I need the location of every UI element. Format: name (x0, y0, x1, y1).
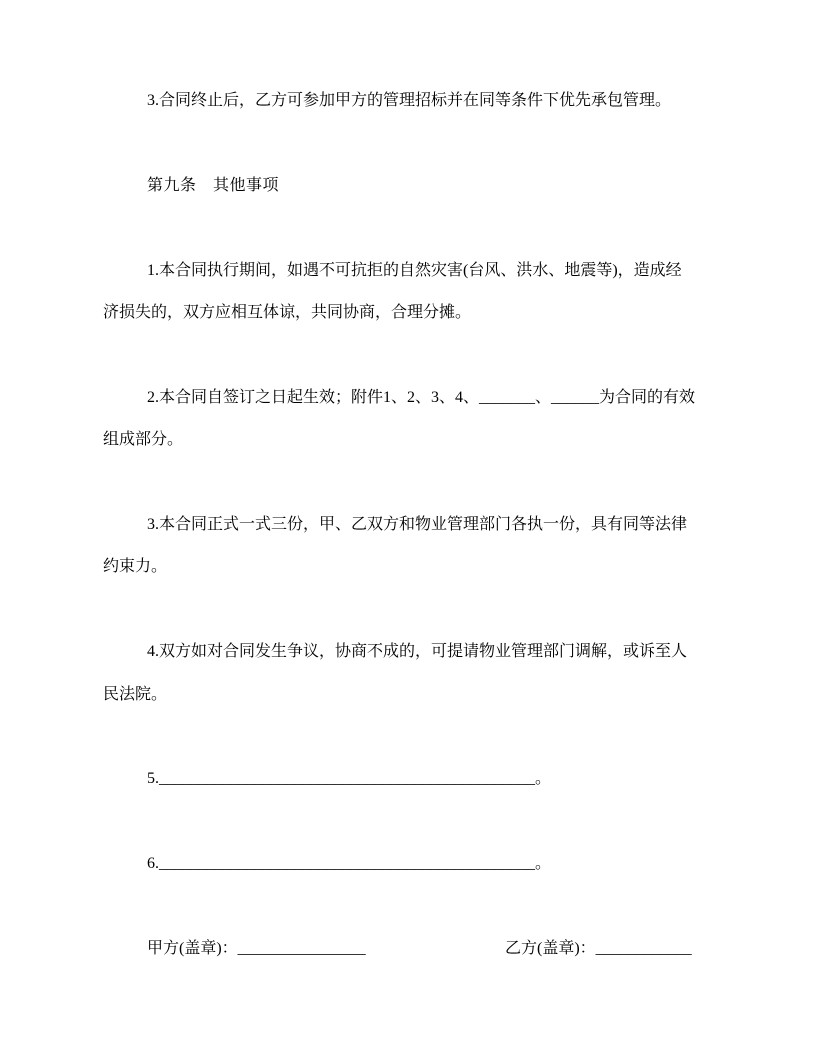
clause-3-triplicate-copies: 3.本合同正式一式三份，甲、乙双方和物业管理部门各执一份，具有同等法律 约束力。 (103, 504, 726, 589)
clause-line: 民法院。 (103, 674, 726, 716)
clause-line: 3.本合同正式一式三份，甲、乙双方和物业管理部门各执一份，具有同等法律 (103, 504, 726, 546)
party-b-seal-label: 乙方(盖章)： (505, 940, 596, 957)
article-9-heading: 第九条 其他事项 (103, 165, 726, 207)
clause-1-force-majeure: 1.本合同执行期间，如遇不可抗拒的自然灾害(台风、洪水、地震等)，造成经 济损失… (103, 250, 726, 335)
clause-2-effective-date-attachments: 2.本合同自签订之日起生效；附件1、2、3、4、_______、______为合… (103, 377, 726, 462)
clause-line: 组成部分。 (103, 419, 726, 461)
clause-line: 1.本合同执行期间，如遇不可抗拒的自然灾害(台风、洪水、地震等)，造成经 (103, 250, 726, 292)
fill-in-blank-line: 5.______________________________________… (103, 758, 726, 800)
fill-in-blank-line: 6.______________________________________… (103, 843, 726, 885)
clause-line: 4.双方如对合同发生争议，协商不成的，可提请物业管理部门调解，或诉至人 (103, 631, 726, 673)
party-a-seal-label: 甲方(盖章)： (147, 940, 238, 957)
clause-line: 济损失的，双方应相互体谅，共同协商，合理分摊。 (103, 292, 726, 334)
party-a-signature-block: 甲方(盖章)：________________ (147, 940, 366, 957)
heading-line: 第九条 其他事项 (103, 165, 726, 207)
clause-line: 3.合同终止后，乙方可参加甲方的管理招标并在同等条件下优先承包管理。 (103, 80, 726, 122)
party-b-signature-block: 乙方(盖章)：____________ (505, 928, 692, 970)
clause-5-blank-line: 5.______________________________________… (103, 758, 726, 800)
clause-6-blank-line: 6.______________________________________… (103, 843, 726, 885)
clause-4-dispute-resolution: 4.双方如对合同发生争议，协商不成的，可提请物业管理部门调解，或诉至人 民法院。 (103, 631, 726, 716)
clause-line: 2.本合同自签订之日起生效；附件1、2、3、4、_______、______为合… (103, 377, 726, 419)
clause-termination-rebid: 3.合同终止后，乙方可参加甲方的管理招标并在同等条件下优先承包管理。 (103, 80, 726, 122)
clause-line: 约束力。 (103, 546, 726, 588)
signature-row: 甲方(盖章)：________________ 乙方(盖章)：_________… (103, 928, 726, 970)
party-b-signature-blank: ____________ (596, 940, 692, 957)
contract-document-page: 3.合同终止后，乙方可参加甲方的管理招标并在同等条件下优先承包管理。 第九条 其… (0, 0, 816, 1056)
party-a-signature-blank: ________________ (238, 940, 366, 957)
